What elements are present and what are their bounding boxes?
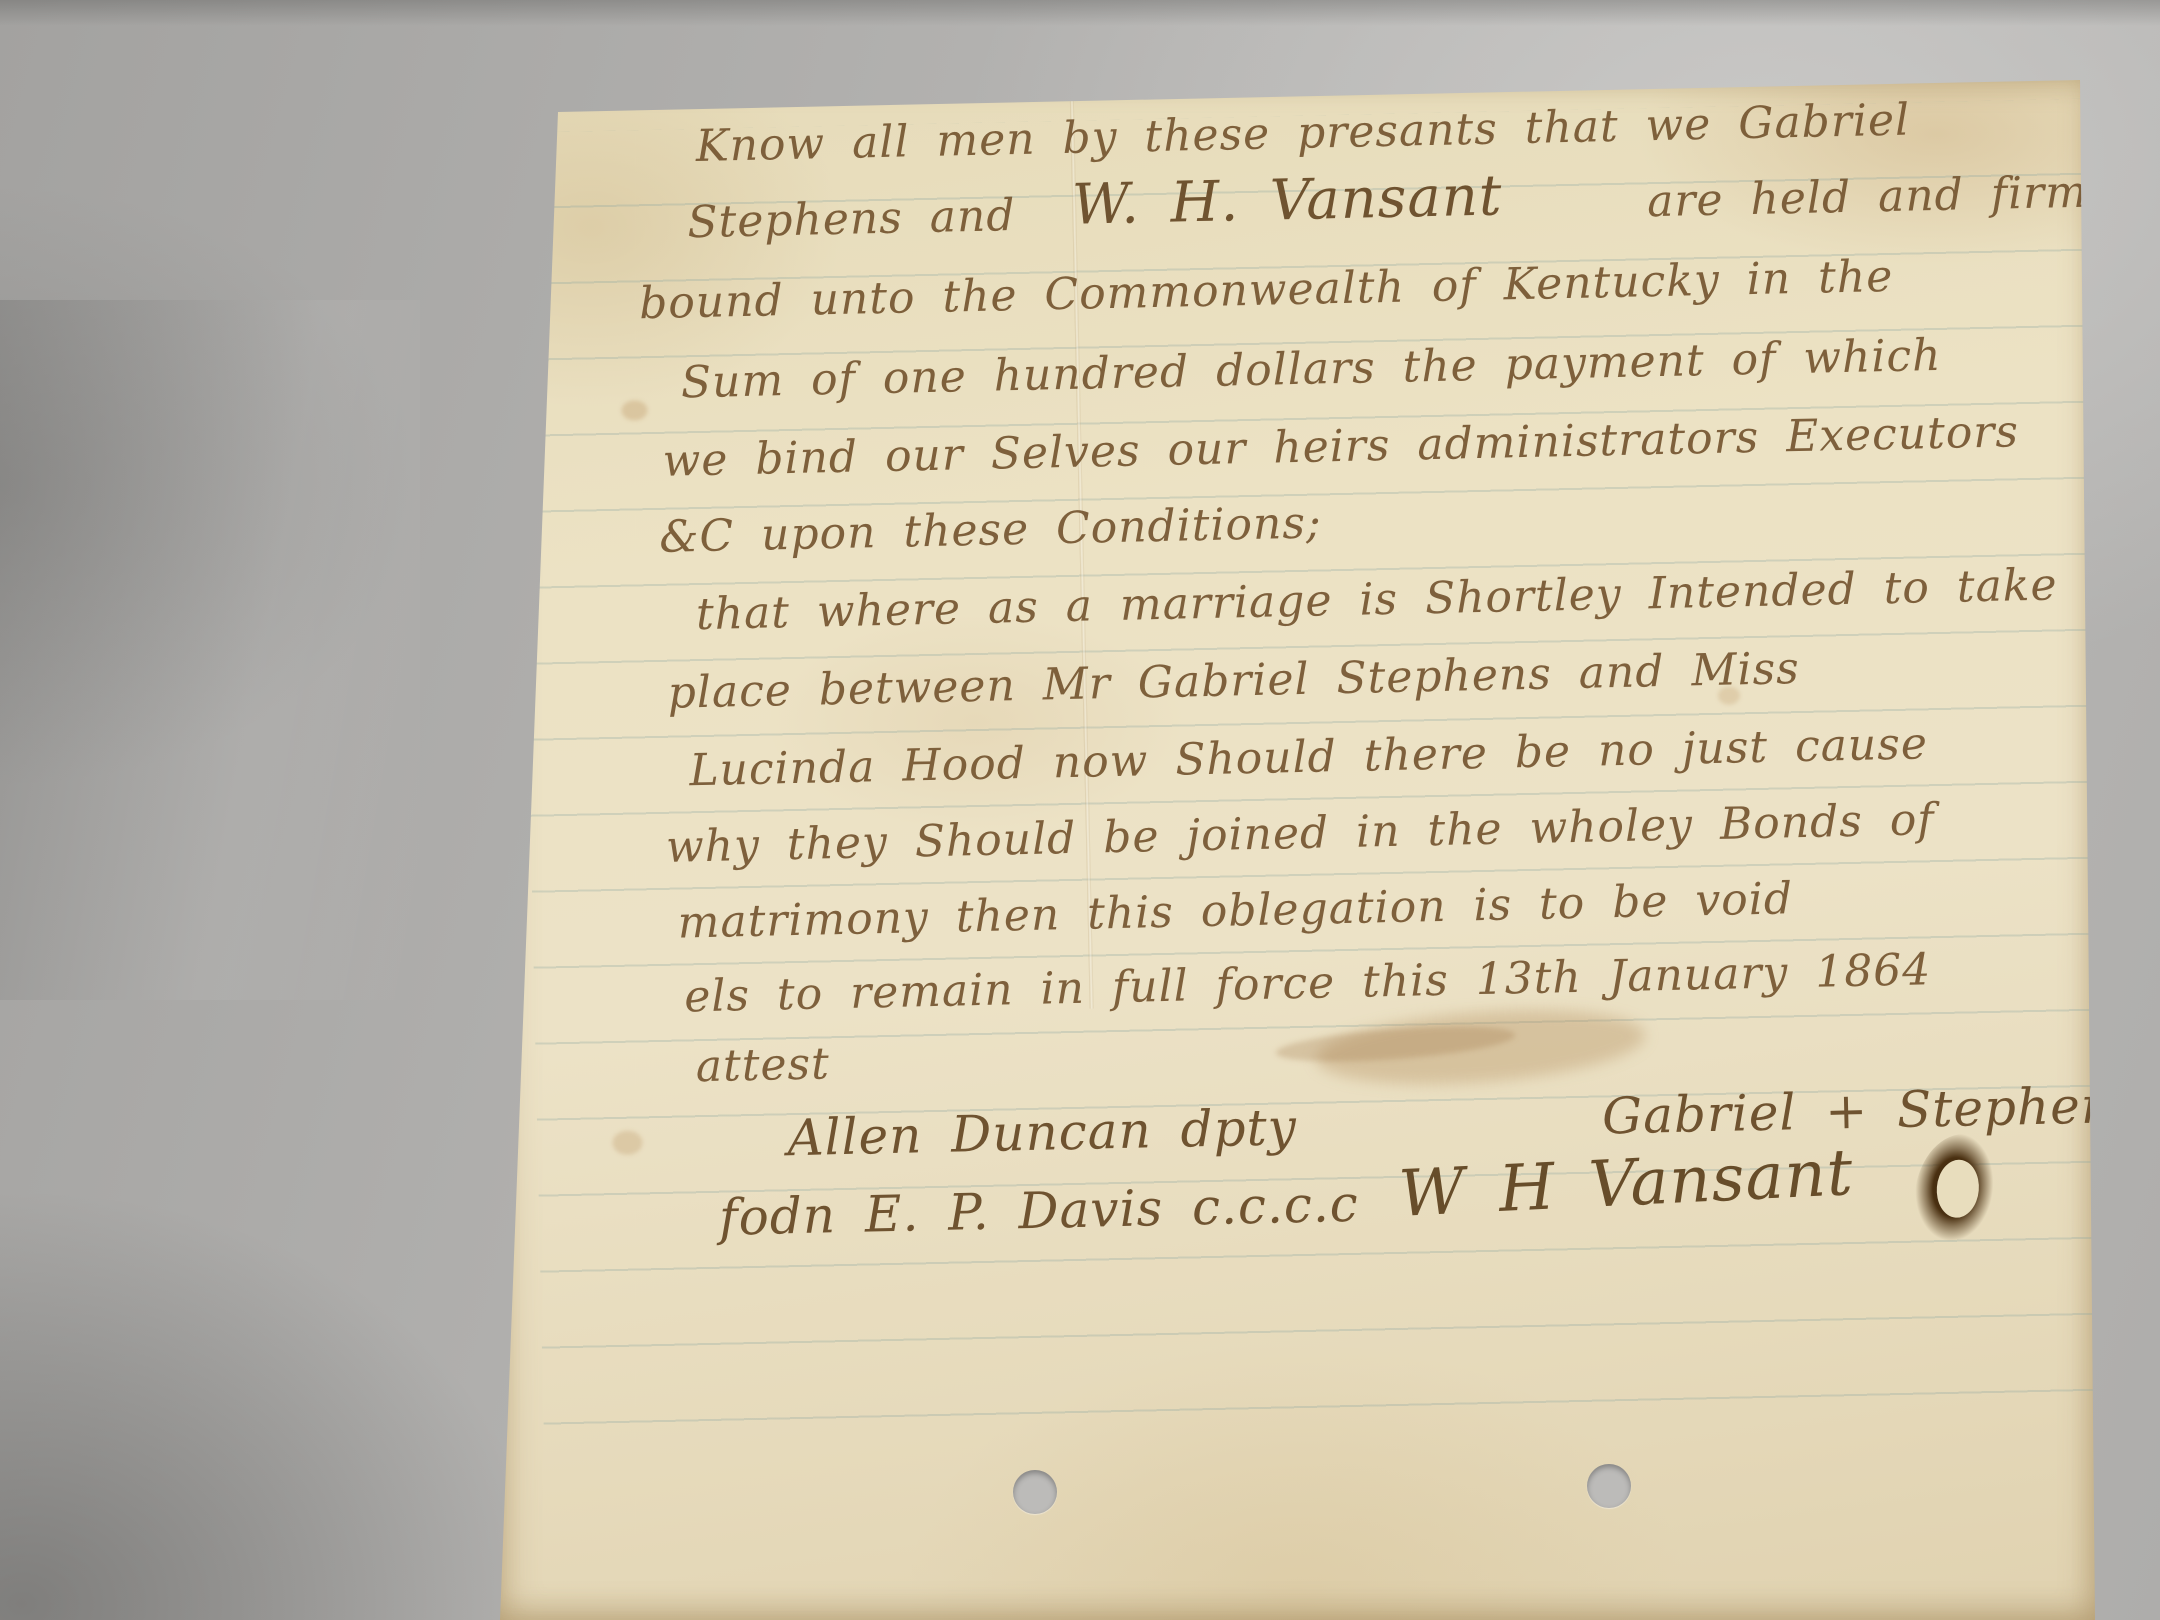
manuscript-line-2-left: Stephens and xyxy=(687,190,1016,248)
manuscript-line-2-name: W. H. Vansant xyxy=(1071,163,1503,237)
surface-top-shadow xyxy=(0,0,2160,26)
signature-gabriel-stephens: Gabriel + Stephens xyxy=(1602,1076,2142,1146)
manuscript-area: Know all men by these presants that we G… xyxy=(494,38,2129,1620)
photograph-of-document: Know all men by these presants that we G… xyxy=(0,0,2160,1620)
signature-allen-duncan: Allen Duncan dpty xyxy=(787,1098,1298,1167)
surface-fold-shading xyxy=(0,300,420,1000)
manuscript-line-2-right: are held and firmly xyxy=(1647,166,2130,227)
document-paper: Know all men by these presants that we G… xyxy=(495,72,2097,1620)
punch-hole-left xyxy=(1013,1470,1057,1514)
manuscript-attest: attest xyxy=(695,1038,830,1092)
punch-hole-right xyxy=(1587,1464,1631,1508)
